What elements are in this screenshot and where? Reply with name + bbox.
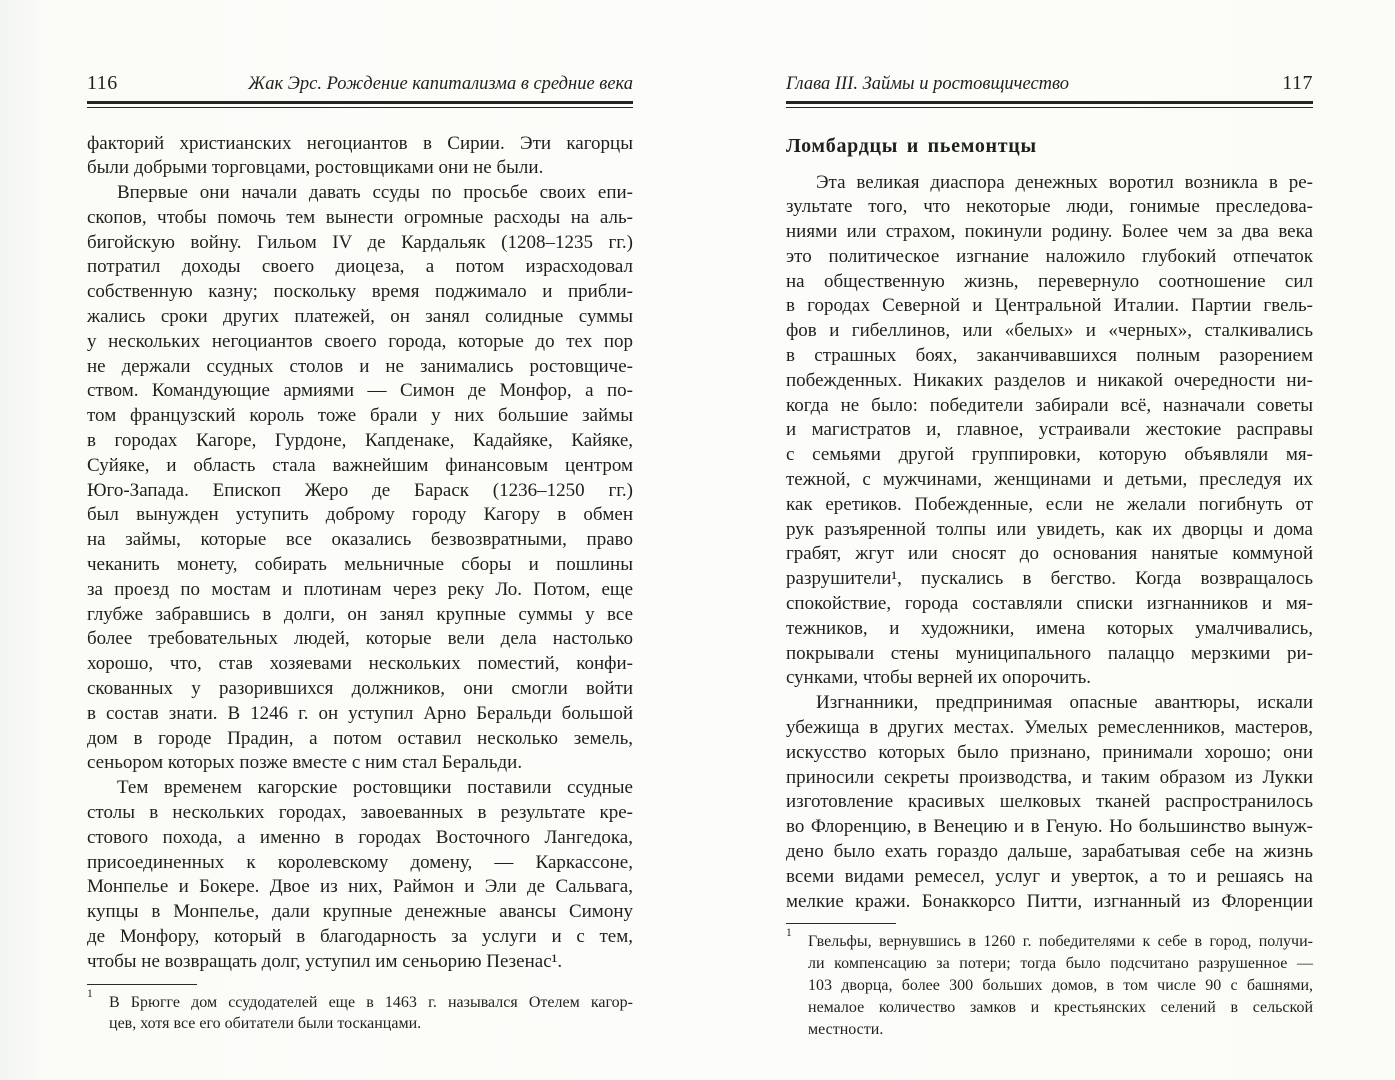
body-line: глубже забравшись в долги, он занял круп… (87, 603, 633, 628)
body-line: и магистратов и, главное, устраивали жес… (786, 418, 1313, 443)
body-line: скованных у разорившихся должников, они … (87, 677, 633, 702)
body-line: приносили секреты производства, и таким … (786, 766, 1313, 791)
body-line: искусство которых было признано, принима… (786, 741, 1313, 766)
body-line: ством. Командующие армиями — Симон де Мо… (87, 379, 633, 404)
running-title-left: Жак Эрс. Рождение капитализма в средние … (248, 74, 633, 95)
body-line: фов и гибеллинов, или «белых» и «черных»… (786, 319, 1313, 344)
body-line: Эта великая диаспора денежных воротил во… (786, 171, 1313, 196)
body-line: был вынужден уступить доброму городу Каг… (87, 503, 633, 528)
body-line: купцы в Монпелье, дали крупные денежные … (87, 900, 633, 925)
body-line: чеканить монету, собирать мельничные сбо… (87, 553, 633, 578)
footnote-marker: 1 (87, 988, 93, 1000)
body-line: зультате того, что некоторые люди, гоним… (786, 195, 1313, 220)
body-line: тежной, с мужчинами, женщинами и детьми,… (786, 468, 1313, 493)
body-line: потратил доходы своего диоцеза, а потом … (87, 255, 633, 280)
body-line: тежников, и художники, имена которых ума… (786, 617, 1313, 642)
body-line: собственную казну; поскольку время поджи… (87, 280, 633, 305)
body-line: сунками, чтобы верней их опорочить. (786, 666, 1313, 691)
footnote-line: 103 дворца, более 300 больших домов, в т… (808, 975, 1313, 997)
body-line: мелкие кражи. Бонаккорсо Питти, изгнанны… (786, 890, 1313, 915)
footnote-line: немалое количество замков и крестьянских… (808, 997, 1313, 1019)
right-running-head: Глава III. Займы и ростовщичество 117 (786, 72, 1313, 97)
body-line: факторий христианских негоциантов в Сири… (87, 132, 633, 157)
body-line: дено было ехать гораздо дальше, зарабаты… (786, 840, 1313, 865)
body-line: разрушители¹, пускались в бегство. Когда… (786, 567, 1313, 592)
body-line: присоединенных к королевскому домену, — … (87, 851, 633, 876)
body-line: побежденных. Никаких разделов и никакой … (786, 369, 1313, 394)
body-line: в страшных боях, заканчивавшихся полным … (786, 344, 1313, 369)
body-line: спокойствие, города составляли списки из… (786, 592, 1313, 617)
body-line: убежища в других местах. Умелых ремеслен… (786, 716, 1313, 741)
body-line: столы в нескольких городах, завоеванных … (87, 801, 633, 826)
body-text-left: факторий христианских негоциантов в Сири… (87, 132, 633, 975)
body-line: Тем временем кагорские ростовщики постав… (87, 776, 633, 801)
footnote-line: В Брюгге дом ссудодателей еще в 1463 г. … (109, 992, 633, 1014)
body-line: бигойскую войну. Гильом IV де Кардальяк … (87, 231, 633, 256)
body-line: на займы, которые все оказались безвозвр… (87, 528, 633, 553)
body-line: Впервые они начали давать ссуды по прось… (87, 181, 633, 206)
left-page: 116 Жак Эрс. Рождение капитализма в сред… (87, 72, 633, 1035)
body-line: не держали ссудных столов и не занималис… (87, 355, 633, 380)
body-line: дом в городе Прадин, а потом оставил нес… (87, 727, 633, 752)
left-running-head: 116 Жак Эрс. Рождение капитализма в сред… (87, 72, 633, 97)
body-line: Монпелье и Бокере. Двое из них, Раймон и… (87, 875, 633, 900)
body-line: изготовление красивых шелковых тканей ра… (786, 790, 1313, 815)
body-line: когда не было: победители забирали всё, … (786, 394, 1313, 419)
body-line: всеми видами ремесел, услуг и уверток, а… (786, 865, 1313, 890)
body-line: жались сроки других платежей, он занял с… (87, 305, 633, 330)
running-title-right: Глава III. Займы и ростовщичество (786, 74, 1069, 95)
footnote-right: 1Гвельфы, вернувшись в 1260 г. победител… (786, 931, 1313, 1040)
body-line: это политическое изгнание наложило глубо… (786, 245, 1313, 270)
book-spread: { "page_left": { "page_number": "116", "… (0, 0, 1395, 1080)
section-heading: Ломбардцы и пьемонтцы (786, 135, 1313, 158)
body-line: покрывали стены муниципального палаццо м… (786, 642, 1313, 667)
body-line: ниями или страхом, покинули родину. Боле… (786, 220, 1313, 245)
page-number-left: 116 (87, 72, 118, 95)
body-text-right: Эта великая диаспора денежных воротил во… (786, 171, 1313, 915)
body-line: в городах Северной и Центральной Италии.… (786, 294, 1313, 319)
body-line: де Монфору, который в благодарность за у… (87, 925, 633, 950)
body-line: были добрыми торговцами, ростовщиками он… (87, 156, 633, 181)
footnote-line: Гвельфы, вернувшись в 1260 г. победителя… (808, 931, 1313, 953)
footnote-line: местности. (808, 1019, 1313, 1041)
body-line: как еретиков. Побежденные, если не желал… (786, 493, 1313, 518)
header-rule-right (786, 101, 1313, 108)
body-line: рук разъяренной толпы или увидеть, как и… (786, 518, 1313, 543)
body-line: у нескольких негоциантов своего города, … (87, 330, 633, 355)
footnote-line: цев, хотя все его обитатели были тосканц… (109, 1013, 633, 1035)
header-rule-left (87, 101, 633, 108)
footnote-line: ли компенсацию за потери; тогда было под… (808, 953, 1313, 975)
body-line: Суйяке, и область стала важнейшим финанс… (87, 454, 633, 479)
body-line: на общественную жизнь, перевернуло соотн… (786, 270, 1313, 295)
body-line: чтобы не возвращать долг, уступил им сен… (87, 950, 633, 975)
body-line: скопов, чтобы помочь тем вынести огромны… (87, 206, 633, 231)
page-number-right: 117 (1282, 72, 1313, 95)
body-line: более требовательных людей, которые вели… (87, 627, 633, 652)
body-line: сеньором которых позже вместе с ним стал… (87, 751, 633, 776)
body-line: во Флоренцию, в Венецию и в Геную. Но бо… (786, 815, 1313, 840)
body-line: том французский король тоже брали у них … (87, 404, 633, 429)
body-line: за проезд по мостам и плотинам через рек… (87, 578, 633, 603)
body-line: Юго-Запада. Епископ Жеро де Бараск (1236… (87, 479, 633, 504)
body-line: с семьями другой группировки, которую об… (786, 443, 1313, 468)
right-page: Глава III. Займы и ростовщичество 117 Ло… (786, 72, 1313, 1040)
footnote-separator-right (786, 923, 896, 924)
body-line: в городах Кагоре, Гурдоне, Капденаке, Ка… (87, 429, 633, 454)
body-line: в состав знати. В 1246 г. он уступил Арн… (87, 702, 633, 727)
footnote-left: 1В Брюгге дом ссудодателей еще в 1463 г.… (87, 992, 633, 1036)
footnote-marker: 1 (786, 927, 792, 939)
footnote-separator-left (87, 984, 197, 985)
body-line: Изгнанники, предпринимая опасные авантюр… (786, 691, 1313, 716)
body-line: хорошо, что, став хозяевами нескольких п… (87, 652, 633, 677)
body-line: грабят, жгут или сносят до основания нан… (786, 542, 1313, 567)
body-line: стового похода, а именно в городах Восто… (87, 826, 633, 851)
